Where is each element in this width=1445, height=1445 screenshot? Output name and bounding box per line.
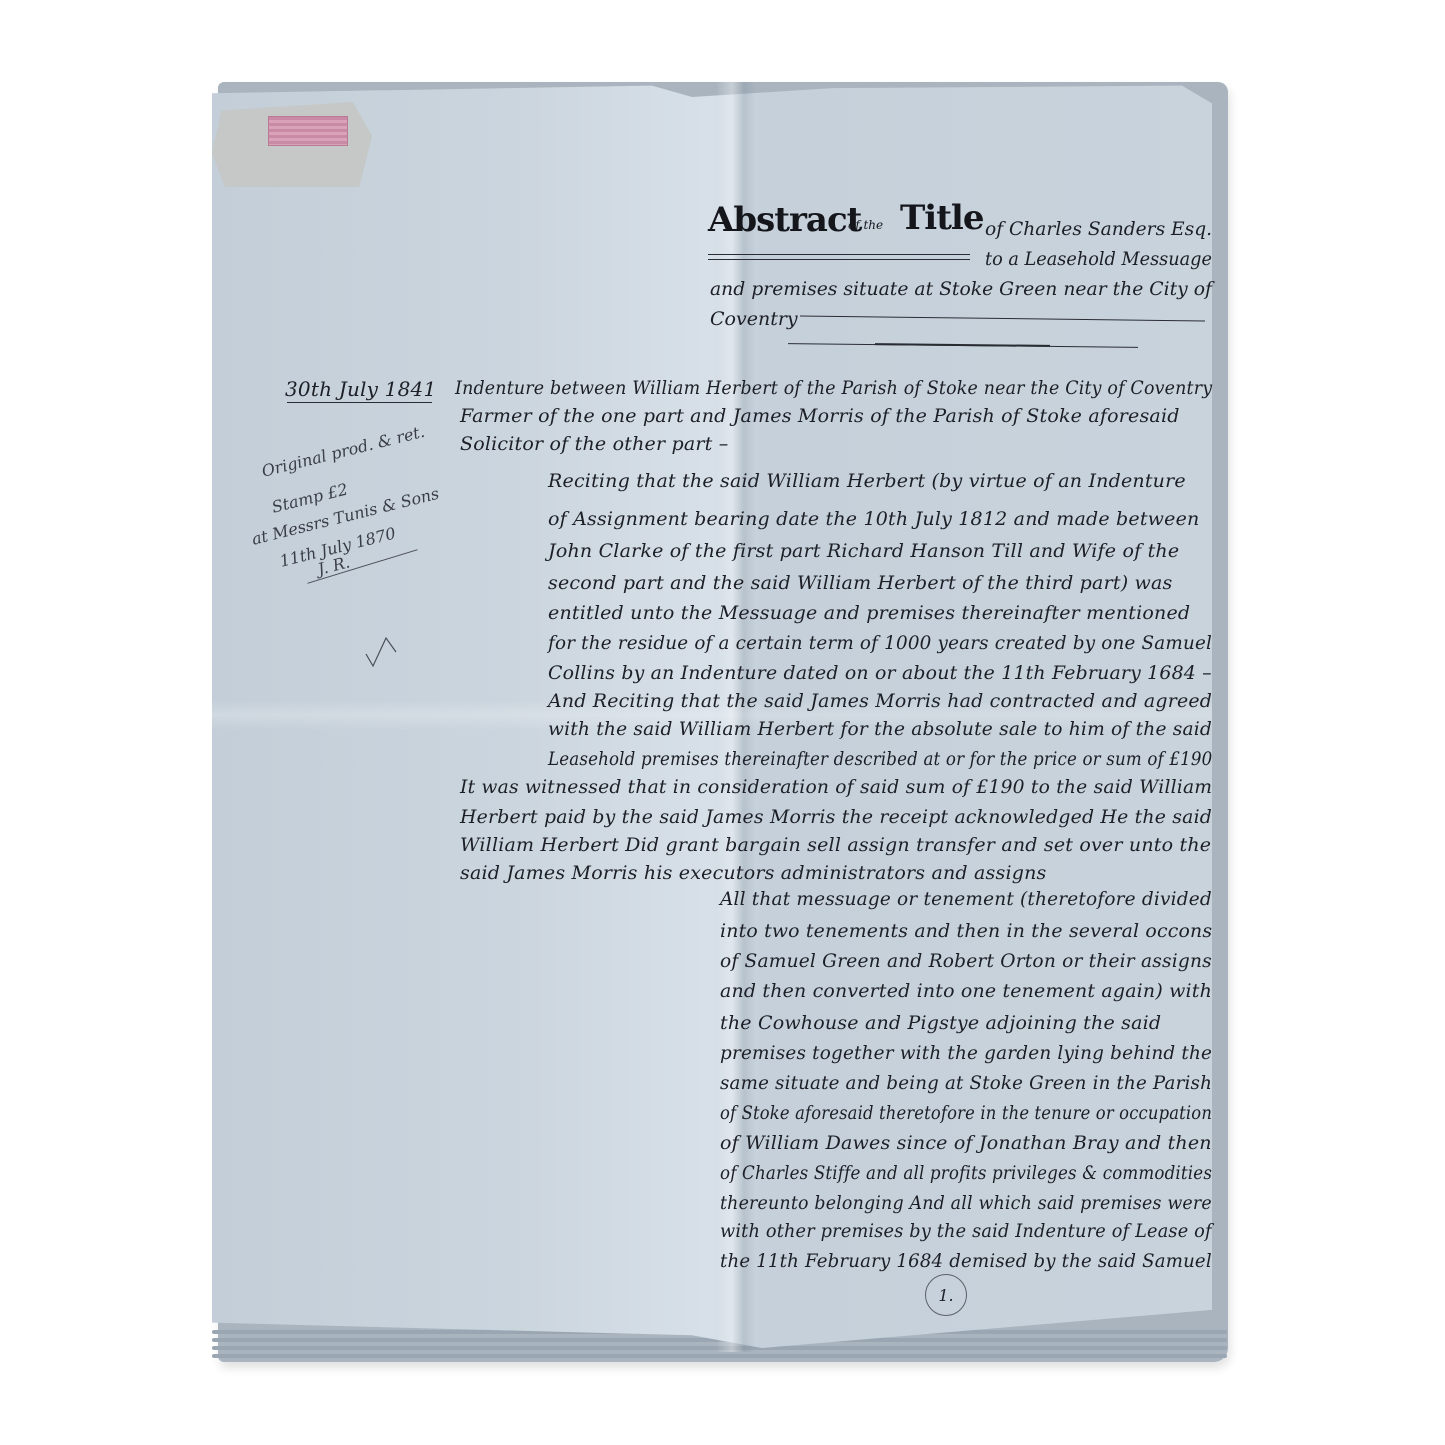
pink-ribbon-icon: [268, 116, 348, 146]
heading-line-1: of Charles Sanders Esq.: [985, 218, 1212, 240]
heading-of-the: of the: [848, 218, 883, 232]
text-line: of Charles Stiffe and all profits privil…: [720, 1162, 1212, 1184]
text-line: the Cowhouse and Pigstye adjoining the s…: [720, 1012, 1161, 1034]
text-line: Leasehold premises thereinafter describe…: [548, 748, 1212, 770]
text-line: with the said William Herbert for the ab…: [548, 718, 1212, 740]
heading-rule: [708, 254, 970, 260]
text-line: Indenture between William Herbert of the…: [455, 377, 1212, 399]
text-line: second part and the said William Herbert…: [548, 572, 1173, 594]
text-line: thereunto belonging And all which said p…: [720, 1192, 1212, 1214]
date-underline: [287, 402, 432, 403]
heading-line-2: to a Leasehold Messuage: [985, 248, 1212, 270]
text-line: Solicitor of the other part –: [460, 433, 728, 455]
text-line: the 11th February 1684 demised by the sa…: [720, 1250, 1212, 1272]
text-line: same situate and being at Stoke Green in…: [720, 1072, 1212, 1094]
text-line: into two tenements and then in the sever…: [720, 920, 1212, 942]
text-line: premises together with the garden lying …: [720, 1042, 1212, 1064]
text-line: of William Dawes since of Jonathan Bray …: [720, 1132, 1212, 1154]
page-number: 1.: [925, 1274, 967, 1316]
heading-title: Title: [900, 198, 983, 238]
text-line: It was witnessed that in consideration o…: [460, 776, 1212, 798]
text-line: Farmer of the one part and James Morris …: [460, 405, 1180, 427]
text-line: for the residue of a certain term of 100…: [548, 632, 1212, 654]
text-line: with other premises by the said Indentur…: [720, 1220, 1212, 1242]
text-line: All that messuage or tenement (theretofo…: [720, 888, 1212, 910]
text-line: John Clarke of the first part Richard Ha…: [548, 540, 1179, 562]
entry-date: 30th July 1841: [285, 377, 436, 401]
text-line: of Stoke aforesaid theretofore in the te…: [720, 1102, 1212, 1124]
text-line: Herbert paid by the said James Morris th…: [460, 806, 1212, 828]
text-line: And Reciting that the said James Morris …: [548, 690, 1212, 712]
text-line: entitled unto the Messuage and premises …: [548, 602, 1190, 624]
heading-line-3: and premises situate at Stoke Green near…: [710, 278, 1212, 300]
text-line: of Assignment bearing date the 10th July…: [548, 508, 1199, 530]
text-line: Reciting that the said William Herbert (…: [548, 470, 1186, 492]
heading-abstract: Abstract: [708, 200, 861, 240]
text-line: said James Morris his executors administ…: [460, 862, 1046, 884]
check-mark-icon: [360, 632, 400, 672]
heading-line-4: Coventry: [710, 308, 798, 330]
text-line: Collins by an Indenture dated on or abou…: [548, 662, 1212, 684]
text-line: William Herbert Did grant bargain sell a…: [460, 834, 1211, 856]
text-line: and then converted into one tenement aga…: [720, 980, 1212, 1002]
text-line: of Samuel Green and Robert Orton or thei…: [720, 950, 1212, 972]
